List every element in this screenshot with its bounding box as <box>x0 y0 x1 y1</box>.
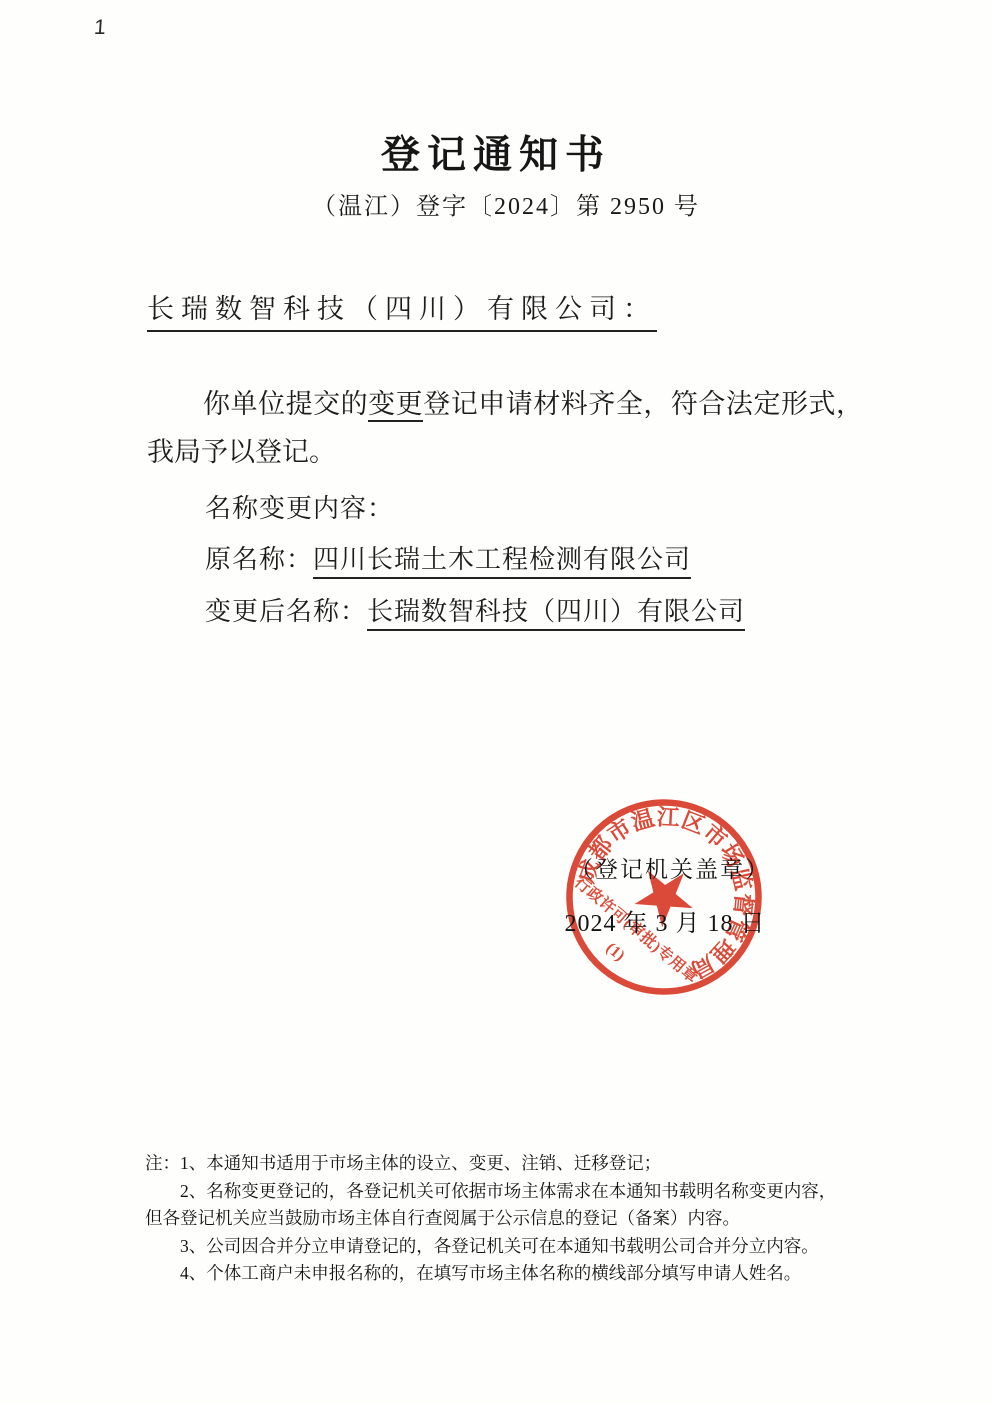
doc-number: （温江）登字〔2024〕第 2950 号 <box>0 186 992 221</box>
seal-caption: （登记机关盖章） <box>520 851 820 884</box>
old-name-label: 原名称： <box>205 545 313 574</box>
stamp-rotated-group: 成都市温江区市场监督管理局 ★ 行政许可(审批)专用章 (1) <box>554 787 774 1007</box>
note-line: 2、名称变更登记的，各登记机关可依据市场主体需求在本通知书载明名称变更内容， <box>145 1178 885 1206</box>
new-name-value: 长瑞数智科技（四川）有限公司 <box>367 597 745 631</box>
old-name-value: 四川长瑞土木工程检测有限公司 <box>313 545 691 579</box>
official-stamp: 成都市温江区市场监督管理局 ★ 行政许可(审批)专用章 (1) <box>554 787 774 1007</box>
stamp-number-text: (1) <box>603 940 628 965</box>
notice-title: 登记通知书 <box>0 124 992 180</box>
change-content-heading: 名称变更内容： <box>205 488 394 525</box>
note-line: 注：1、本通知书适用于市场主体的设立、变更、注销、迁移登记； <box>145 1150 885 1178</box>
addressee-line: 长瑞数智科技（四川）有限公司： <box>147 287 657 332</box>
body-text-underlined: 变更 <box>368 389 423 422</box>
note-line: 4、个体工商户未申报名称的，在填写市场主体名称的横线部分填写申请人姓名。 <box>145 1260 885 1288</box>
old-name-line: 原名称：四川长瑞土木工程检测有限公司 <box>205 539 691 576</box>
body-text-before: 你单位提交的 <box>203 389 368 419</box>
new-name-label: 变更后名称： <box>205 597 367 626</box>
scanned-notice-page: 1 登记通知书 （温江）登字〔2024〕第 2950 号 长瑞数智科技（四川）有… <box>0 0 992 1403</box>
notes-section: 注：1、本通知书适用于市场主体的设立、变更、注销、迁移登记；2、名称变更登记的，… <box>145 1150 885 1288</box>
issue-date: 2024 年 3 月 18 日 <box>515 903 815 938</box>
stamp-ring-char: 江 <box>656 805 680 831</box>
note-line: 3、公司因合并分立申请登记的，各登记机关可在本通知书载明公司合并分立内容。 <box>145 1233 885 1261</box>
page-number: 1 <box>93 16 106 40</box>
note-line: 但各登记机关应当鼓励市场主体自行查阅属于公示信息的登记（备案）内容。 <box>145 1205 885 1233</box>
notes-list: 注：1、本通知书适用于市场主体的设立、变更、注销、迁移登记；2、名称变更登记的，… <box>145 1150 885 1288</box>
new-name-line: 变更后名称：长瑞数智科技（四川）有限公司 <box>205 591 745 628</box>
body-paragraph: 你单位提交的变更登记申请材料齐全，符合法定形式，我局予以登记。 <box>147 380 863 476</box>
